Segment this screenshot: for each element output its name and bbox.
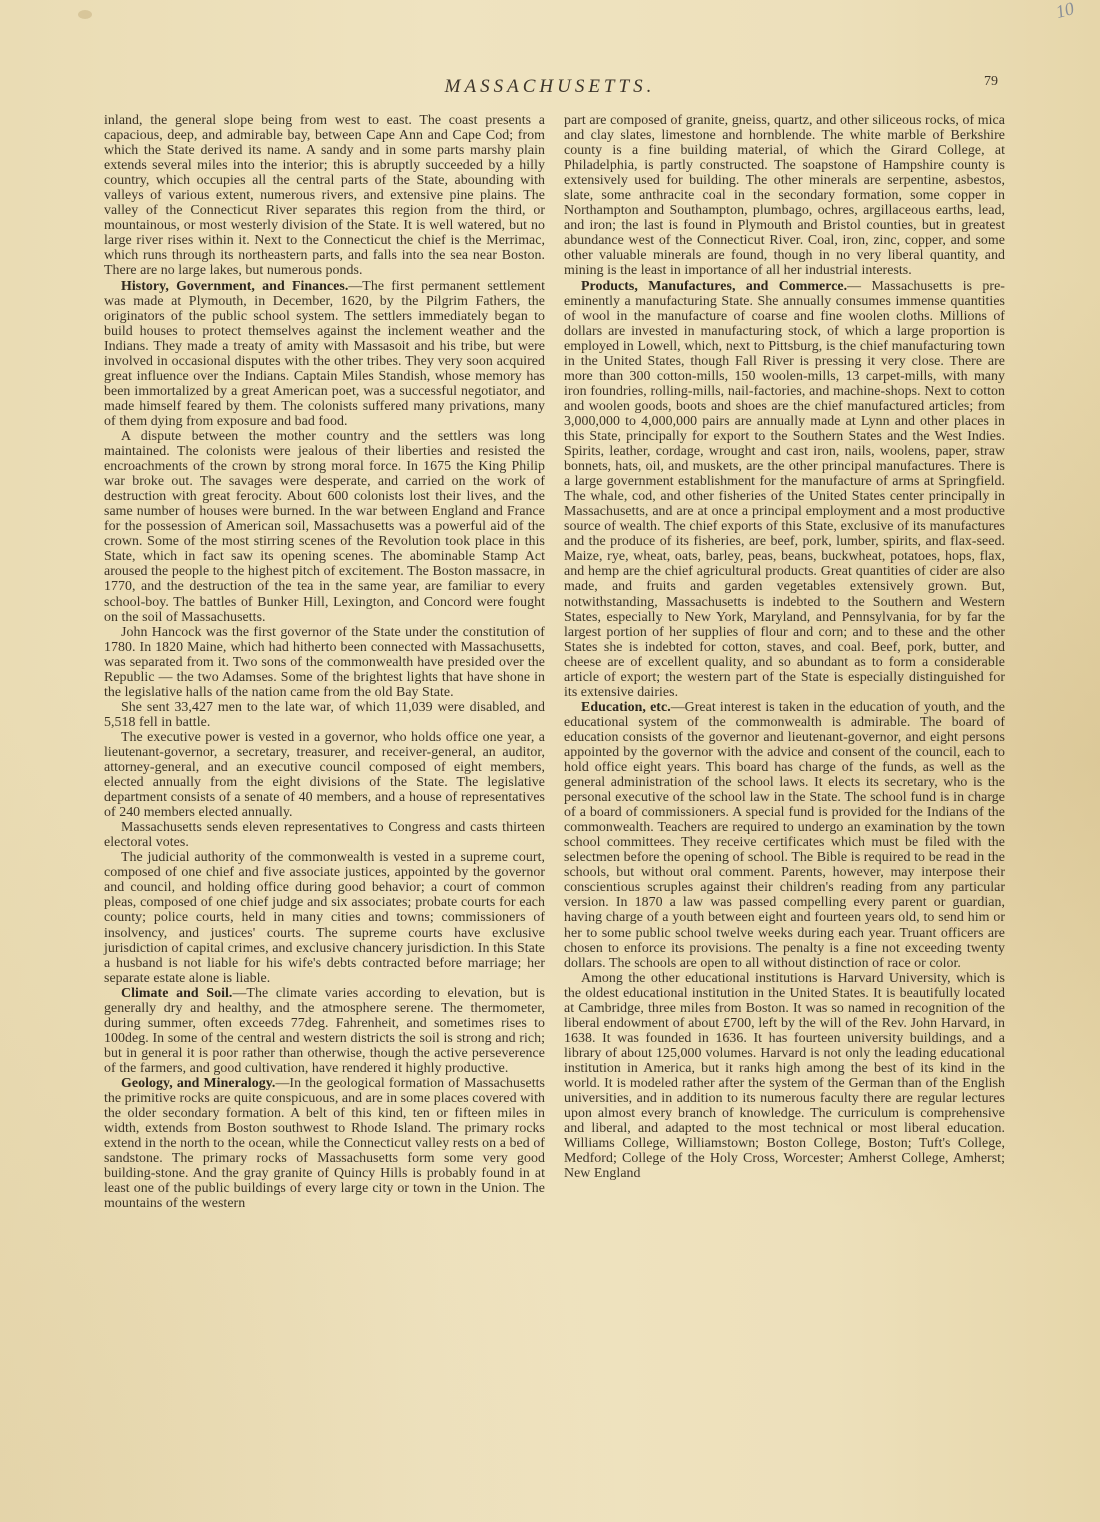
right-column: part are composed of granite, gneiss, qu… <box>564 113 1005 1181</box>
paragraph: Products, Manufactures, and Commerce.— M… <box>564 279 1005 700</box>
paragraph-text: John Hancock was the first governor of t… <box>104 625 545 700</box>
paragraph: The executive power is vested in a gover… <box>104 730 545 820</box>
paper-stain <box>78 10 92 19</box>
paragraph: Geology, and Mineralogy.—In the geologic… <box>104 1076 545 1211</box>
paragraph: Climate and Soil.—The climate varies acc… <box>104 986 545 1076</box>
section-heading: Products, Manufactures, and Commerce. <box>581 279 847 294</box>
paragraph-text: part are composed of granite, gneiss, qu… <box>564 113 1005 278</box>
paragraph: The judicial authority of the commonweal… <box>104 850 545 985</box>
paragraph-text: — Massachusetts is pre-eminently a manuf… <box>564 279 1005 700</box>
paragraph-text: Among the other educational institutions… <box>564 971 1005 1182</box>
paragraph-text: A dispute between the mother country and… <box>104 429 545 625</box>
paragraph: part are composed of granite, gneiss, qu… <box>564 113 1005 279</box>
paragraph-text: The executive power is vested in a gover… <box>104 730 545 820</box>
paragraph-text: inland, the general slope being from wes… <box>104 113 545 278</box>
paragraph: John Hancock was the first governor of t… <box>104 625 545 700</box>
pencil-annotation: 10 <box>1054 0 1077 23</box>
page-number: 79 <box>984 74 998 90</box>
paragraph-text: —Great interest is taken in the educatio… <box>564 700 1005 971</box>
section-heading: Education, etc. <box>581 700 671 715</box>
paragraph-text: —The first permanent settlement was made… <box>104 279 545 429</box>
running-title: MASSACHUSETTS. <box>0 76 1100 98</box>
paragraph: Among the other educational institutions… <box>564 971 1005 1182</box>
paragraph: History, Government, and Finances.—The f… <box>104 279 545 429</box>
paragraph: Massachusetts sends eleven representativ… <box>104 820 545 850</box>
paragraph-text: —In the geological formation of Massachu… <box>104 1076 545 1211</box>
paragraph: Education, etc.—Great interest is taken … <box>564 700 1005 971</box>
paragraph: She sent 33,427 men to the late war, of … <box>104 700 545 730</box>
left-column: inland, the general slope being from wes… <box>104 113 545 1211</box>
section-heading: Climate and Soil. <box>121 986 232 1001</box>
paragraph: inland, the general slope being from wes… <box>104 113 545 279</box>
paragraph: A dispute between the mother country and… <box>104 429 545 625</box>
section-heading: History, Government, and Finances. <box>121 279 348 294</box>
paragraph-text: She sent 33,427 men to the late war, of … <box>104 700 545 730</box>
paragraph-text: The judicial authority of the commonweal… <box>104 850 545 985</box>
paragraph-text: Massachusetts sends eleven representativ… <box>104 820 545 850</box>
page-header: MASSACHUSETTS. 79 <box>0 74 1100 104</box>
section-heading: Geology, and Mineralogy. <box>121 1076 275 1091</box>
